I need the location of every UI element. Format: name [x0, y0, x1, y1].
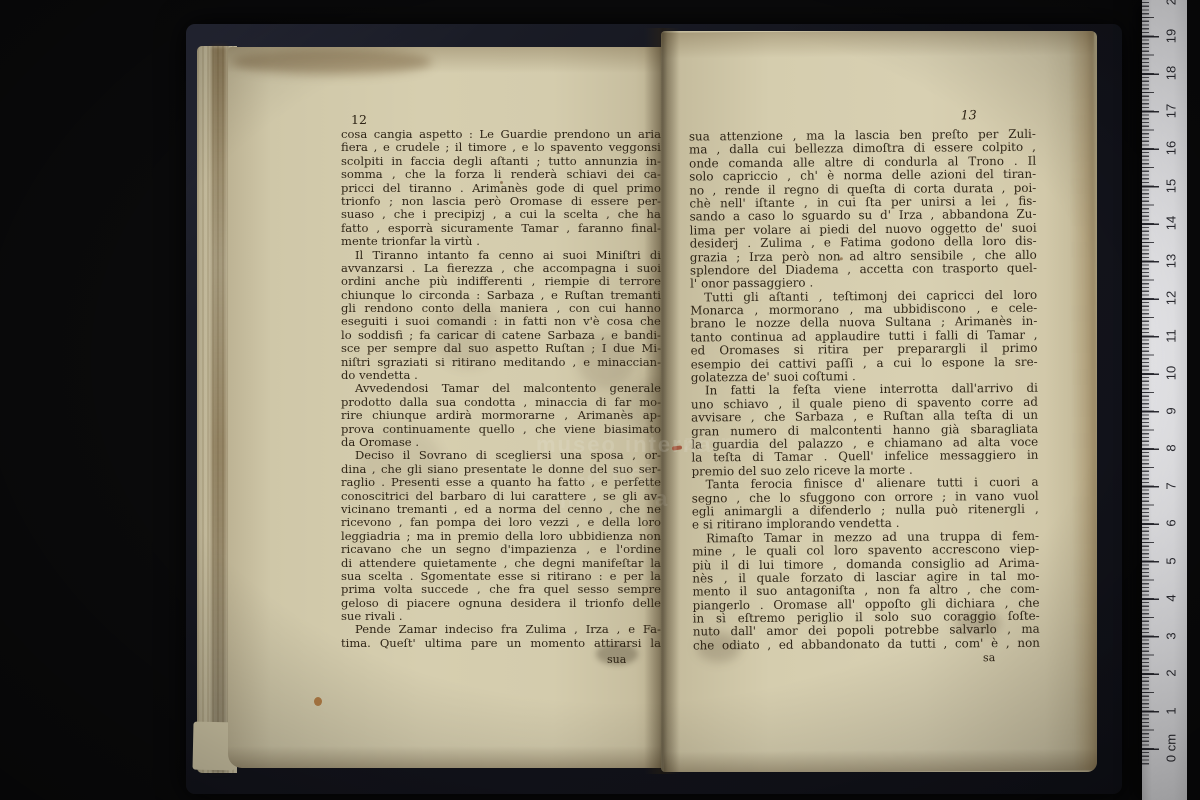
text-line: gelosodipiacereognunadesiderailtrionfode… [341, 596, 661, 609]
show-through-blot [578, 335, 634, 389]
ruler-number: 2 [1164, 669, 1179, 676]
text-line: rirechiunqueardiràmormorarne,Arimanèsap- [341, 408, 661, 421]
page-top-shadow [661, 31, 1094, 59]
ruler-number: 8 [1164, 444, 1179, 451]
text-line: suerivali. [341, 609, 661, 622]
text-line: IlTirannointantofacennoaisuoiMiniſtridi [341, 248, 661, 261]
text-line: trionfo;nonlasciaperòOromasediessereper- [341, 194, 661, 207]
ruler-number: 6 [1164, 519, 1179, 526]
ruler-number: 14 [1164, 216, 1179, 230]
text-line: chiunquelocirconda:Sarbaza,eRuſtantreman… [341, 288, 661, 301]
text-line: edOromasessiritiraperpreparargliilprimo [691, 341, 1038, 357]
ruler-number: 16 [1164, 141, 1179, 155]
text-line: prodottodallasuacondotta,minacciadifarmo… [341, 395, 661, 408]
text-line: ricevono,fanpompadeilorovezzi,edellaloro [341, 515, 661, 528]
ruler-number: 3 [1164, 632, 1179, 639]
text-line: glirendonocontodellamaniera,concuihanno [341, 301, 661, 314]
photo-stage: 12 cosacangiaaspetto:LeGuardieprendonoun… [0, 0, 1200, 800]
right-page: 13 suaattenzione,malalasciabenpreſtoperZ… [661, 31, 1097, 772]
ruler-number: 13 [1164, 253, 1179, 267]
show-through-blot [360, 427, 442, 501]
text-line: suaso,cheiprecipizj,acuilascelta,cheha [341, 207, 661, 220]
ruler-number: 20 [1164, 0, 1179, 5]
ruler-cm-ticks [1142, 36, 1159, 767]
page-edge-stain [211, 46, 227, 773]
text-line: ordinianchepiùindifferenti,riempiediterr… [341, 274, 661, 287]
ruler-number: 7 [1164, 482, 1179, 489]
text-line: fiera,ecrudele;iltimore,elospaventoveggo… [341, 140, 661, 153]
ink-smudge [596, 643, 638, 665]
text-line: scolpitiinfacciadegliaſtanti;tuttoannunz… [341, 154, 661, 167]
page-number-right: 13 [961, 107, 977, 122]
right-page-content: 13 suaattenzione,malalasciabenpreſtoperZ… [661, 31, 1097, 772]
page-text-right: suaattenzione,malalasciabenpreſtoperZuli… [689, 127, 1040, 652]
ruler-number: 11 [1164, 329, 1179, 343]
text-line: suascelta.Sgomentateessesiritirano:eperl… [341, 569, 661, 582]
ruler-number: 4 [1164, 594, 1179, 601]
ruler: 0 cm1234567891011121314151617181920 [1142, 0, 1187, 800]
text-line: PendeZamarindecisofraZulima,Irza,eFa- [341, 622, 661, 635]
page-number-left: 12 [351, 112, 367, 127]
text-line: splendoredelDiadema,accettacontrasportoq… [690, 261, 1037, 277]
foxing-spot [500, 181, 503, 184]
catchword-right: sa [983, 651, 995, 664]
text-line: eglianimargliadifenderlo;nullapuòritener… [692, 502, 1039, 518]
page-bottom-shadow [228, 746, 661, 768]
text-line: primavoltasuccede,chefraquelsessosempre [341, 582, 661, 595]
text-line: branolenozzedellanuovaSultana;Arimanèsin… [690, 314, 1037, 330]
ruler-number: 19 [1164, 28, 1179, 42]
ruler-number: 17 [1164, 103, 1179, 117]
text-line: vicinanotremanti,edanormadelcenno,chene [341, 502, 661, 515]
corner-stain [232, 49, 432, 75]
foxing-spot [840, 257, 843, 260]
text-line: leggiadria;mainpremiodellaloroubbidienza… [341, 529, 661, 542]
ink-smudge [697, 632, 741, 662]
text-line: diattenderequietamente,chedegnimanifeſta… [341, 556, 661, 569]
text-line: cosacangiaaspetto:LeGuardieprendonounari… [341, 127, 661, 140]
ruler-number: 15 [1164, 178, 1179, 192]
text-line: fatto,esporràsicuramenteTamar,farannofin… [341, 221, 661, 234]
text-line: cheodiato,edabbandonatodatutti,com'è,non [693, 636, 1040, 652]
ruler-number: 5 [1164, 557, 1179, 564]
text-line: avvanzarsi.Lafierezza,cheaccompagnaisuoi [341, 261, 661, 274]
ruler-number: 18 [1164, 66, 1179, 80]
text-line: ricavanocheunsegnod'impazienza,el'ordine [341, 542, 661, 555]
text-line: mentetrionfarlavirtù. [341, 234, 661, 247]
text-line: somma,chelaforzalirenderàschiavideica- [341, 167, 661, 180]
ruler-number: 9 [1164, 407, 1179, 414]
foxing-spot [314, 697, 322, 706]
ruler-number: 12 [1164, 291, 1179, 305]
ruler-number: 0 cm [1164, 734, 1179, 762]
fore-edge-stain [1068, 31, 1097, 770]
ruler-number: 10 [1164, 366, 1179, 380]
ruler-number: 1 [1164, 707, 1179, 714]
left-page: 12 cosacangiaaspetto:LeGuardieprendonoun… [228, 47, 661, 768]
show-through-blot [433, 302, 503, 368]
text-line: piùildiluitimore,domandaconsiglioadArima… [692, 555, 1039, 571]
page-bottom-shadow [664, 748, 1097, 772]
